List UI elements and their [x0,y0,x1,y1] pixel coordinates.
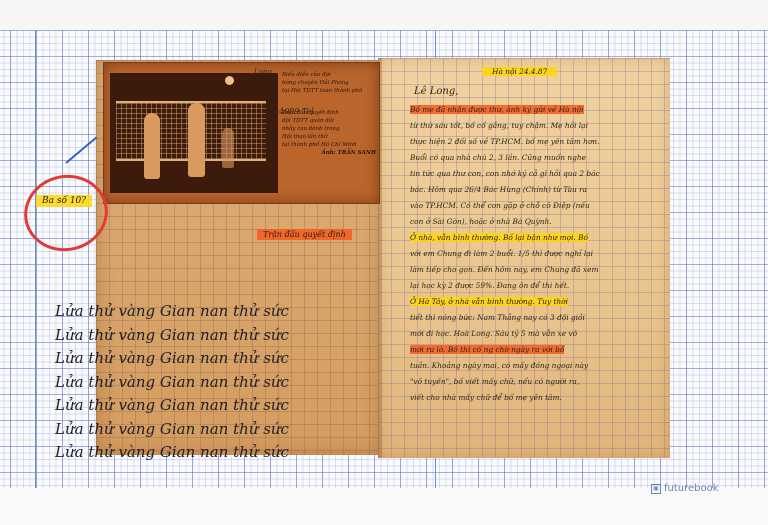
caption-line: tại thành phố Hồ Chí Minh [282,141,376,149]
practice-line: Lửa thử vàng Gian nan thử sức [55,300,355,324]
brand-label: futurebook [664,483,719,494]
photo-credit: Ảnh: TRẦN SANH [282,149,376,157]
letter-line: tuần. Khoảng ngày mai, có mấy đồng ngoại… [410,358,668,374]
letter-line: Ở nhà, vẫn bình thường. Bố lại bận như m… [410,233,588,242]
letter-line: lại học kỳ 2 được 59%. Đang ôn để thi hế… [410,278,668,294]
volleyball-ball [225,76,234,85]
letter-line: viết cho nhà mấy chữ để bố mẹ yên tâm. [410,390,668,406]
practice-line: Lửa thử vàng Gian nan thử sức [55,347,355,371]
handwritten-letter: Hà nội 24.4.87 Lê Long, Bố mẹ đã nhận đư… [410,64,668,406]
caption-line: Biểu diễn của đội [282,71,376,79]
letter-greeting: Lê Long, [414,84,668,100]
letter-line: từ thứ sáu tốt, bố cố gắng, tuy chậm. Mẹ… [410,118,668,134]
circled-note: Ba số 10? [36,195,92,207]
caption-line: đội TDTT quân đội [282,117,376,125]
caption-line: nhảy cao đánh trong [282,125,376,133]
caption-line: tại Hội TDTT toàn thành phố [282,87,376,95]
practice-line: Lửa thử vàng Gian nan thử sức [55,371,355,395]
letter-line: tiết thì nóng bức: Nam Thắng nay có 3 độ… [410,310,668,326]
handwriting-practice: Lửa thử vàng Gian nan thử sức Lửa thử và… [55,300,355,465]
letter-line: mới đi học. Hoà Long. Sáu tỷ 5 mà vẫn xe… [410,326,668,342]
notebook-logo-icon: ▣ [651,484,661,494]
practice-line: Lửa thử vàng Gian nan thử sức [55,441,355,465]
caption-line: Hội thao lần thứ [282,133,376,141]
pen-annotation: Long [254,68,272,76]
practice-line: Lửa thử vàng Gian nan thử sức [55,418,355,442]
player-figure [188,103,205,177]
highlighted-caption-note: Trận đấu quyết định [257,229,352,240]
letter-date: Hà nội 24.4.87 [482,67,557,76]
volleyball-photo [110,73,278,193]
practice-line: Lửa thử vàng Gian nan thử sức [55,324,355,348]
letter-line: Ở Hà Tây, ở nhà vẫn bình thường. Tuy thờ… [410,297,568,306]
letter-line: "vô tuyến", bố viết mấy chữ, nếu có ngườ… [410,374,668,390]
letter-line: làm tiếp cho gọn. Đến hôm nay, em Chung … [410,262,668,278]
caption-line: bóng chuyền Hải Phòng [282,79,376,87]
letter-line: mới ra lò. Bố thì cố ng chờ ngày ra với … [410,345,564,354]
newspaper-clipping: Long Biểu diễn của đội bóng chuyền Hải P… [103,62,380,204]
letter-line: Bố mẹ đã nhận được thư, ảnh ký gửi về Hà… [410,105,584,114]
letter-line: con ở Sài Gòn), hoặc ở nhà Bà Quỳnh. [410,214,668,230]
letter-line: vào TP.HCM. Có thể con gặp ở chỗ cô Điệp… [410,198,668,214]
margin-line [35,30,36,488]
letter-line: bác. Hôm qua 26/4 Bác Hùng (Chính) từ Tà… [410,182,668,198]
letter-line: Buổi có qua nhà chú 2, 3 lần. Cũng muốn … [410,150,668,166]
brand-mark: ▣ futurebook [651,483,719,494]
player-figure [144,113,160,179]
player-figure [222,128,234,168]
letter-line: với em Chung đi làm 2 buổi. 1/5 thì được… [410,246,668,262]
letter-line: tin tức qua thư con, con nhớ ký cả gì hỏ… [410,166,668,182]
practice-line: Lửa thử vàng Gian nan thử sức [55,394,355,418]
letter-line: thực hiện 2 đối số về TP.HCM. bố mẹ yên … [410,134,668,150]
pen-note: 4089 Tel [279,107,314,116]
